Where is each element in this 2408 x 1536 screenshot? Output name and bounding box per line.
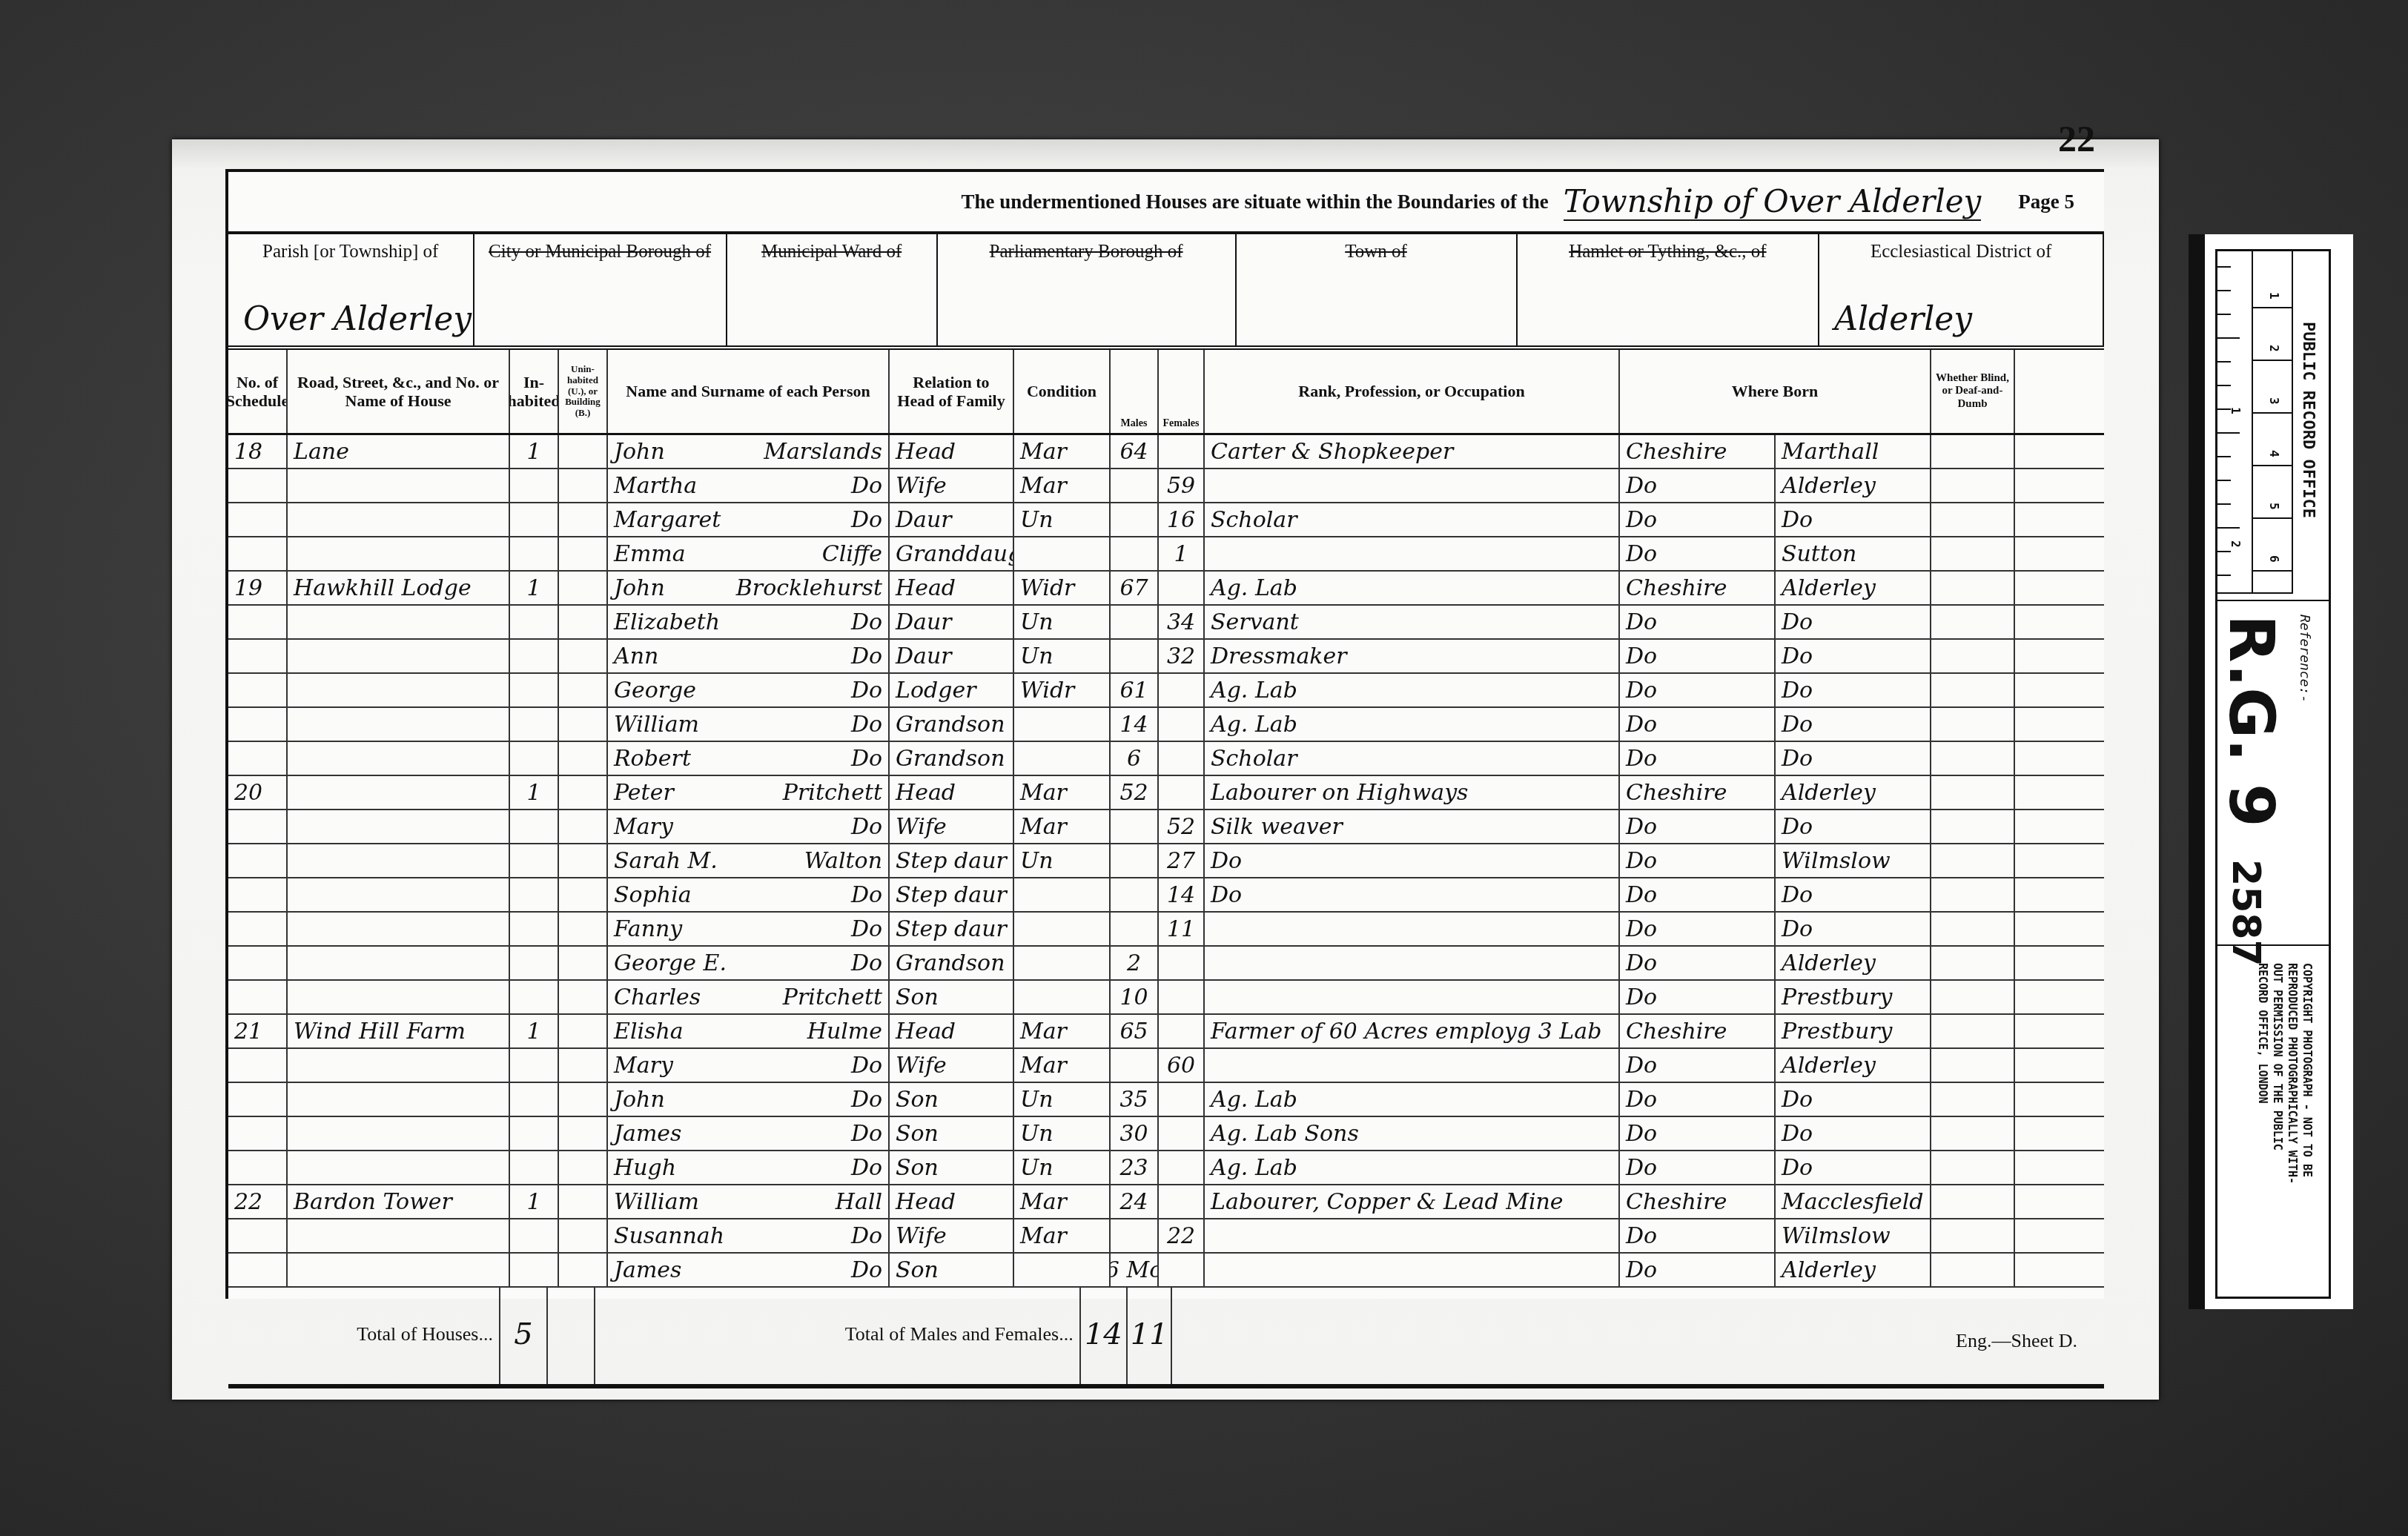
age-male (1111, 537, 1159, 570)
uninhabited-count (559, 913, 608, 945)
table-row: CharlesPritchettSon10DoPrestbury (228, 981, 2104, 1015)
schedule-number (228, 469, 288, 502)
born-place: Do (1776, 1083, 1931, 1116)
blind-deaf (1931, 742, 2015, 775)
age-male: 30 (1111, 1117, 1159, 1150)
inhabited-count (510, 878, 559, 911)
person-name: FannyDo (608, 913, 890, 945)
born-place: Prestbury (1776, 1015, 1931, 1047)
schedule-number (228, 913, 288, 945)
born-place: Do (1776, 1117, 1931, 1150)
condition (1014, 742, 1111, 775)
occupation (1205, 947, 1620, 979)
first-name: James (614, 1257, 682, 1283)
col-males: Males (1111, 350, 1159, 433)
age-male: 35 (1111, 1083, 1159, 1116)
table-row: JamesDoSon6 MoDoAlderley (228, 1254, 2104, 1288)
age-female (1159, 1117, 1205, 1150)
schedule-number: 22 (228, 1185, 288, 1218)
house-name (288, 674, 510, 706)
person-name: HughDo (608, 1151, 890, 1184)
surname: Hulme (807, 1019, 882, 1045)
inhabited-count (510, 1083, 559, 1116)
occupation: Scholar (1205, 503, 1620, 536)
table-row: GeorgeDoLodgerWidr61Ag. LabDoDo (228, 674, 2104, 708)
condition: Un (1014, 640, 1111, 672)
age-female: 16 (1159, 503, 1205, 536)
house-name (288, 469, 510, 502)
house-name (288, 1117, 510, 1150)
house-name: Wind Hill Farm (288, 1015, 510, 1047)
ruler-inch-label: 2 (2229, 540, 2243, 548)
ruler-cm-label: 2 (2267, 345, 2281, 352)
age-male (1111, 640, 1159, 672)
age-female: 27 (1159, 844, 1205, 877)
area-field: Municipal Ward of (727, 234, 938, 345)
table-row: HughDoSonUn23Ag. LabDoDo (228, 1151, 2104, 1185)
blind-deaf (1931, 640, 2015, 672)
col-schedule: No. of Schedule (228, 350, 288, 433)
person-name: ElizabethDo (608, 606, 890, 638)
born-place: Alderley (1776, 1254, 1931, 1286)
first-name: George E. (614, 950, 727, 976)
born-county: Do (1620, 1049, 1776, 1082)
born-county: Cheshire (1620, 776, 1776, 809)
surname: Do (851, 678, 882, 704)
person-name: Sarah M.Walton (608, 844, 890, 877)
col-condition: Condition (1014, 350, 1111, 433)
table-row: 21Wind Hill Farm1ElishaHulmeHeadMar65Far… (228, 1015, 2104, 1049)
uninhabited-count (559, 1083, 608, 1116)
relation: Son (890, 981, 1014, 1013)
area-label: Parish [or Township] of (234, 242, 467, 262)
surname: Do (851, 1121, 882, 1147)
age-female: 22 (1159, 1219, 1205, 1252)
age-female: 11 (1159, 913, 1205, 945)
born-county: Do (1620, 708, 1776, 741)
surname: Cliffe (822, 541, 882, 567)
schedule-number (228, 1117, 288, 1150)
ruler-tick (2217, 266, 2231, 268)
area-field: Ecclesiastical District ofAlderley (1819, 234, 2104, 345)
age-male: 23 (1111, 1151, 1159, 1184)
blind-deaf (1931, 1049, 2015, 1082)
table-row: JohnDoSonUn35Ag. LabDoDo (228, 1083, 2104, 1117)
age-female (1159, 947, 1205, 979)
ruler-cm-label: 1 (2267, 292, 2281, 299)
age-female: 1 (1159, 537, 1205, 570)
occupation (1205, 537, 1620, 570)
piece-number: 2587 (2223, 859, 2268, 967)
schedule-number (228, 708, 288, 741)
inhabited-count: 1 (510, 572, 559, 604)
ruler-cm-label: 5 (2267, 503, 2281, 510)
person-name: MarthaDo (608, 469, 890, 502)
col-females: Females (1159, 350, 1205, 433)
table-row: 22Bardon Tower1WilliamHallHeadMar24Labou… (228, 1185, 2104, 1219)
blind-deaf (1931, 1117, 2015, 1150)
surname: Brocklehurst (736, 575, 882, 601)
inhabited-count (510, 606, 559, 638)
ruler-cm-label: 3 (2267, 397, 2281, 405)
schedule-number (228, 981, 288, 1013)
relation: Step daur (890, 913, 1014, 945)
house-name (288, 742, 510, 775)
copyright-line: COPYRIGHT PHOTOGRAPH - NOT TO BE (2300, 963, 2314, 1177)
table-row: WilliamDoGrandson14Ag. LabDoDo (228, 708, 2104, 742)
blind-deaf (1931, 913, 2015, 945)
relation: Wife (890, 1219, 1014, 1252)
first-name: George (614, 678, 696, 704)
first-name: Susannah (614, 1223, 724, 1249)
occupation: Farmer of 60 Acres employg 3 Lab (1205, 1015, 1620, 1047)
born-county: Do (1620, 981, 1776, 1013)
condition: Mar (1014, 810, 1111, 843)
uninhabited-count (559, 810, 608, 843)
area-field: Parliamentary Borough of (938, 234, 1237, 345)
house-name (288, 776, 510, 809)
inhabited-count (510, 913, 559, 945)
boundary-header: The undermentioned Houses are situate wi… (228, 172, 2104, 234)
relation: Grandson (890, 742, 1014, 775)
born-county: Do (1620, 640, 1776, 672)
born-county: Cheshire (1620, 1185, 1776, 1218)
born-county: Do (1620, 469, 1776, 502)
first-name: Elizabeth (614, 609, 720, 635)
condition: Mar (1014, 776, 1111, 809)
condition: Widr (1014, 674, 1111, 706)
relation: Son (890, 1254, 1014, 1286)
ruler-tick (2217, 575, 2231, 576)
boundary-value: Township of Over Alderley (1564, 183, 1982, 221)
inhabited-count (510, 708, 559, 741)
born-place: Prestbury (1776, 981, 1931, 1013)
table-row: MaryDoWifeMar60DoAlderley (228, 1049, 2104, 1083)
born-place: Alderley (1776, 469, 1931, 502)
condition (1014, 947, 1111, 979)
uninhabited-count (559, 435, 608, 468)
uninhabited-count (559, 606, 608, 638)
condition (1014, 537, 1111, 570)
relation: Daur (890, 606, 1014, 638)
relation: Granddaughter (890, 537, 1014, 570)
relation: Head (890, 572, 1014, 604)
born-place: Alderley (1776, 1049, 1931, 1082)
surname: Do (851, 882, 882, 908)
inhabited-count (510, 469, 559, 502)
age-male (1111, 913, 1159, 945)
age-male: 52 (1111, 776, 1159, 809)
uninhabited-count (559, 503, 608, 536)
total-uninhabited (548, 1288, 595, 1384)
col-inhabited: In-habited (510, 350, 559, 433)
ruler-tick (2217, 290, 2231, 291)
uninhabited-count (559, 469, 608, 502)
person-name: SusannahDo (608, 1219, 890, 1252)
house-name (288, 708, 510, 741)
ruler-cm-line (2252, 570, 2292, 572)
born-place: Do (1776, 878, 1931, 911)
uninhabited-count (559, 776, 608, 809)
house-name (288, 810, 510, 843)
relation: Head (890, 1185, 1014, 1218)
occupation: Silk weaver (1205, 810, 1620, 843)
first-name: Peter (614, 780, 674, 806)
boundary-header-text: The undermentioned Houses are situate wi… (961, 191, 1548, 213)
born-place: Alderley (1776, 947, 1931, 979)
page-number-stamp: 22 (2058, 117, 2095, 160)
ruler-tick (2217, 432, 2240, 434)
surname: Do (851, 814, 882, 840)
inhabited-count (510, 537, 559, 570)
uninhabited-count (559, 742, 608, 775)
born-place: Macclesfield (1776, 1185, 1931, 1218)
first-name: James (614, 1121, 682, 1147)
blind-deaf (1931, 503, 2015, 536)
table-row: AnnDoDaurUn32DressmakerDoDo (228, 640, 2104, 674)
first-name: Fanny (614, 916, 682, 942)
table-row: George E.DoGrandson2DoAlderley (228, 947, 2104, 981)
relation: Grandson (890, 947, 1014, 979)
col-blind: Whether Blind, or Deaf-and-Dumb (1931, 350, 2015, 433)
table-row: MarthaDoWifeMar59DoAlderley (228, 469, 2104, 503)
col-name: Name and Surname of each Person (608, 350, 890, 433)
schedule-number (228, 878, 288, 911)
person-name: WilliamDo (608, 708, 890, 741)
house-name (288, 1151, 510, 1184)
schedule-number (228, 537, 288, 570)
uninhabited-count (559, 708, 608, 741)
blind-deaf (1931, 606, 2015, 638)
area-field: Town of (1237, 234, 1518, 345)
table-row: ElizabethDoDaurUn34ServantDoDo (228, 606, 2104, 640)
relation: Step daur (890, 844, 1014, 877)
occupation (1205, 1049, 1620, 1082)
house-name (288, 1083, 510, 1116)
age-male: 61 (1111, 674, 1159, 706)
occupation (1205, 913, 1620, 945)
schedule-number (228, 1219, 288, 1252)
relation: Lodger (890, 674, 1014, 706)
first-name: John (614, 575, 665, 601)
ruler-tick (2217, 551, 2231, 552)
born-place: Sutton (1776, 537, 1931, 570)
col-occupation: Rank, Profession, or Occupation (1205, 350, 1620, 433)
house-name (288, 503, 510, 536)
first-name: Margaret (614, 507, 721, 533)
blind-deaf (1931, 844, 2015, 877)
condition: Mar (1014, 435, 1111, 468)
born-county: Do (1620, 606, 1776, 638)
born-county: Do (1620, 537, 1776, 570)
surname: Do (851, 609, 882, 635)
born-county: Do (1620, 844, 1776, 877)
first-name: William (614, 1189, 699, 1215)
table-row: SusannahDoWifeMar22DoWilmslow (228, 1219, 2104, 1254)
house-name: Bardon Tower (288, 1185, 510, 1218)
table-row: 201PeterPritchettHeadMar52Labourer on Hi… (228, 776, 2104, 810)
total-males: 14 (1081, 1288, 1128, 1384)
age-female (1159, 674, 1205, 706)
col-where-born: Where Born (1620, 350, 1931, 433)
inhabited-count (510, 1219, 559, 1252)
blind-deaf (1931, 776, 2015, 809)
relation: Son (890, 1083, 1014, 1116)
schedule-number (228, 674, 288, 706)
surname: Hall (836, 1189, 882, 1215)
age-male: 10 (1111, 981, 1159, 1013)
uninhabited-count (559, 981, 608, 1013)
occupation (1205, 981, 1620, 1013)
relation: Grandson (890, 708, 1014, 741)
age-female (1159, 435, 1205, 468)
schedule-number: 19 (228, 572, 288, 604)
house-name (288, 947, 510, 979)
occupation: Labourer, Copper & Lead Mine (1205, 1185, 1620, 1218)
uninhabited-count (559, 878, 608, 911)
total-houses-value: 5 (500, 1288, 548, 1384)
occupation: Dressmaker (1205, 640, 1620, 672)
condition: Widr (1014, 572, 1111, 604)
person-name: JohnMarslands (608, 435, 890, 468)
condition: Un (1014, 1151, 1111, 1184)
first-name: Sophia (614, 882, 692, 908)
born-county: Do (1620, 913, 1776, 945)
person-name: JamesDo (608, 1254, 890, 1286)
occupation: Ag. Lab (1205, 708, 1620, 741)
age-male: 6 Mo (1111, 1254, 1159, 1286)
born-county: Do (1620, 1117, 1776, 1150)
relation: Head (890, 776, 1014, 809)
born-county: Do (1620, 1254, 1776, 1286)
inhabited-count (510, 1254, 559, 1286)
age-female (1159, 572, 1205, 604)
person-name: JamesDo (608, 1117, 890, 1150)
house-name (288, 913, 510, 945)
surname: Walton (804, 848, 882, 874)
house-name: Hawkhill Lodge (288, 572, 510, 604)
schedule-number (228, 844, 288, 877)
blind-deaf (1931, 708, 2015, 741)
table-row: EmmaCliffeGranddaughter1DoSutton (228, 537, 2104, 572)
divider (2217, 944, 2329, 946)
born-place: Do (1776, 708, 1931, 741)
schedule-number (228, 947, 288, 979)
occupation: Carter & Shopkeeper (1205, 435, 1620, 468)
ruler-cm: 123456 (2252, 251, 2293, 594)
condition (1014, 981, 1111, 1013)
blind-deaf (1931, 537, 2015, 570)
age-male: 24 (1111, 1185, 1159, 1218)
series-reference: R.G. 9 (2215, 615, 2288, 827)
person-name: George E.Do (608, 947, 890, 979)
person-name: GeorgeDo (608, 674, 890, 706)
first-name: Robert (614, 746, 691, 772)
ruler-cm-line (2252, 412, 2292, 414)
occupation: Do (1205, 878, 1620, 911)
condition (1014, 708, 1111, 741)
total-persons-label: Total of Males and Females... (595, 1288, 1080, 1384)
born-county: Do (1620, 947, 1776, 979)
blind-deaf (1931, 810, 2015, 843)
area-label: Hamlet or Tything, &c., of (1524, 242, 1813, 262)
inhabited-count (510, 1117, 559, 1150)
person-name: RobertDo (608, 742, 890, 775)
census-sheet: 22 The undermentioned Houses are situate… (172, 139, 2159, 1400)
reference-strip: 12 123456 PUBLIC RECORD OFFICE Reference… (2189, 234, 2353, 1309)
relation: Daur (890, 640, 1014, 672)
occupation: Ag. Lab Sons (1205, 1117, 1620, 1150)
surname: Do (851, 473, 882, 499)
age-male (1111, 469, 1159, 502)
born-place: Alderley (1776, 572, 1931, 604)
area-label: Parliamentary Borough of (944, 242, 1229, 262)
first-name: Mary (614, 1053, 673, 1079)
surname: Do (851, 746, 882, 772)
ruler-inches: 12 (2217, 251, 2253, 594)
condition: Un (1014, 1083, 1111, 1116)
age-male (1111, 503, 1159, 536)
reference-label: Reference:- (2297, 615, 2312, 703)
schedule-number (228, 742, 288, 775)
blind-deaf (1931, 1254, 2015, 1286)
born-county: Do (1620, 674, 1776, 706)
blind-deaf (1931, 1015, 2015, 1047)
table-row: SophiaDoStep daur14DoDoDo (228, 878, 2104, 913)
inhabited-count (510, 844, 559, 877)
house-name (288, 640, 510, 672)
occupation: Ag. Lab (1205, 572, 1620, 604)
relation: Son (890, 1151, 1014, 1184)
occupation: Ag. Lab (1205, 674, 1620, 706)
surname: Do (851, 1053, 882, 1079)
uninhabited-count (559, 572, 608, 604)
uninhabited-count (559, 1015, 608, 1047)
table-row: JamesDoSonUn30Ag. Lab SonsDoDo (228, 1117, 2104, 1151)
house-name (288, 878, 510, 911)
uninhabited-count (559, 947, 608, 979)
relation: Daur (890, 503, 1014, 536)
area-label: Town of (1243, 242, 1510, 262)
born-county: Do (1620, 1083, 1776, 1116)
area-label: Municipal Ward of (733, 242, 930, 262)
area-field: Hamlet or Tything, &c., of (1518, 234, 1820, 345)
inhabited-count (510, 1151, 559, 1184)
ruler-cm-line (2252, 307, 2292, 308)
person-name: EmmaCliffe (608, 537, 890, 570)
person-name: JohnBrocklehurst (608, 572, 890, 604)
house-name (288, 844, 510, 877)
occupation: Labourer on Highways (1205, 776, 1620, 809)
first-name: Sarah M. (614, 848, 718, 874)
surname: Do (851, 950, 882, 976)
condition: Un (1014, 844, 1111, 877)
uninhabited-count (559, 1254, 608, 1286)
inhabited-count: 1 (510, 435, 559, 468)
born-place: Do (1776, 810, 1931, 843)
person-name: PeterPritchett (608, 776, 890, 809)
totals-row: Total of Houses... 5 Total of Males and … (228, 1288, 2104, 1388)
born-place: Do (1776, 503, 1931, 536)
surname: Do (851, 507, 882, 533)
age-female (1159, 776, 1205, 809)
age-male (1111, 844, 1159, 877)
first-name: John (614, 1087, 665, 1113)
age-male (1111, 810, 1159, 843)
table-row: RobertDoGrandson6ScholarDoDo (228, 742, 2104, 776)
inhabited-count: 1 (510, 1015, 559, 1047)
house-name (288, 1219, 510, 1252)
